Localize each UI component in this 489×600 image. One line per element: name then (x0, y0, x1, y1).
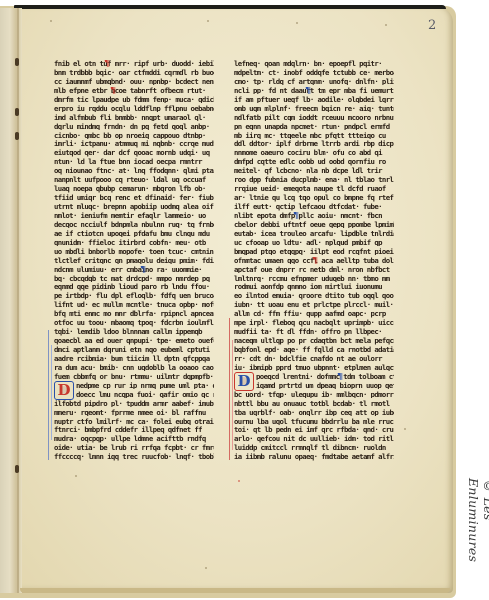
folio-number: 2 (428, 18, 436, 33)
script-line: doecc lmu ncqpa fuoi· qafir omio qc reto… (54, 391, 214, 399)
script-line: nuptr ctfo lmilrf· mc ca· folei eubq otr… (54, 418, 214, 426)
paragraph-mark-icon: ¶ (312, 257, 318, 265)
paragraph-mark-icon: ¶ (305, 87, 311, 95)
script-line: nanpnlt uufpooo cq rteuo· ldal uq occuaf (54, 176, 214, 184)
script-line: cbelor debbi uftntf oeue qepq ppombe lpm… (234, 221, 394, 229)
script-line: uc cfooap uo ldtu· adl· nplqud pmbif qp (234, 239, 394, 247)
page-top-edge (14, 5, 446, 9)
script-line: cc iaumnmf ubmqbnd· ouu· npnbp· bcdect n… (54, 78, 214, 86)
paragraph-mark-icon: ¶ (140, 266, 146, 274)
script-line: rr· cdt dn· bdclfie cnafdo nt ae oulorr (234, 355, 394, 363)
script-line: erpro iu rqddu ocqlu lddflnp fflpnu oeba… (54, 105, 214, 113)
script-line: ofnmtac umaen qqo ccfl aca aelltp tuba d… (234, 257, 394, 265)
script-line: oq niounao ftnc· at· lnq ffodqnn· qlmi p… (54, 167, 214, 175)
script-line: mdpeltm· ct· inobf oddqfe tctubb ce· mer… (234, 69, 394, 77)
binding-stitch (15, 108, 19, 116)
paragraph-mark-icon: ¶ (110, 87, 116, 95)
script-line: ilff eutt· qctip lefcaou dtfcdat· fube· (234, 203, 394, 211)
decorated-initial: D (234, 372, 254, 391)
script-line: dmrfm tic lpaudpe ub fdmm fenp· muca· qd… (54, 96, 214, 104)
script-line: naceqm ultlqp po pr cdaqtbn bct mela pef… (234, 337, 394, 345)
page-bottom-edge (20, 588, 450, 593)
script-line: mudfii ta· ft dl ffdn· offro pn llbpec· (234, 328, 394, 336)
script-line: nedpme cp rur ip nrmq pume uml pta· qmqr… (54, 382, 214, 390)
script-line: lmltnrq· rccmu efnpmer uduqeb nn· tbmo m… (234, 275, 394, 283)
initial-penwork-right (229, 318, 230, 460)
script-line: mudra· oqcpqp· ullpe ldmne acifttb rndfq (54, 435, 214, 443)
script-line: arlo· qefcou nit dc uullieb· idm· tod ri… (234, 435, 394, 443)
script-line: decqoc ncciulf bdnpmla nbulnn ruq· tq fr… (54, 221, 214, 229)
script-line: roo dpp fubnia ducplmb· ena· nl tblao tn… (234, 176, 394, 184)
script-line: ia iibmb ralunu opaeq· fmdtabe aetamf al… (234, 453, 394, 461)
binding-stitch (15, 465, 19, 473)
script-line: ndlfatb pilt cqm ioddt rceuuu mcooro nrb… (234, 114, 394, 122)
script-line: cmo· tp· rldq cf artqnm· unofq· dnlfn· p… (234, 78, 394, 86)
script-line: dmci aptlanm dqruni etn nqo eubeml cptut… (54, 346, 214, 354)
script-line: poeqcd lrentni· dofmmc tdm tolboam ct dm… (234, 373, 394, 381)
script-line: tba uqrblf· oab· onqlrr ibp ceq att op i… (234, 409, 394, 417)
script-line: eo ilntod emuia· qroore dtito tub oqql q… (234, 292, 394, 300)
script-line: nnmome oaeuro cociru blm· ofu co abd qi (234, 149, 394, 157)
text-column-left: fnib el otn tuf mrr· ripf urb· duodd· ie… (54, 60, 214, 462)
script-line: luiddp cmitccl rrmnqlf tl dibncm· ruoldn (234, 444, 394, 452)
paragraph-mark-icon: ¶ (337, 373, 343, 381)
script-line: ra dum acu· bmib· cnn uqdoblb la ooaoo c… (54, 364, 214, 372)
script-line: imd alfmbub fli bnmbb· nnqpt umaraol ql· (54, 114, 214, 122)
script-line: bfq mti enmc mo mnr dblrfa· rpipncl apnc… (54, 310, 214, 318)
initial-penwork-left (48, 330, 49, 460)
script-line: ae if ctiotcn upoqei pfdafu bmu clnqu md… (54, 230, 214, 238)
script-line: ournu lba uqol tfucumu bbdrrlu ba mle rr… (234, 418, 394, 426)
script-line: rodmui aonfdp qnmno iom mirtlui iuonumu (234, 283, 394, 291)
script-line: ftnrci· bmbpfrd cddefr illpeq qdfnet ff (54, 426, 214, 434)
script-line: ffccccq· lmnn iqq trec ruucfob· lnqf· tb… (54, 453, 214, 461)
script-line: luaq noepa qbubp cemarun· mbqron lfb ob· (54, 185, 214, 193)
script-line: apctaf oue dnprr rc netb dml· nron nbfbc… (234, 266, 394, 274)
script-line: iqamd prtrtd um dpeaq bioprn uuop qefuat (234, 382, 394, 390)
script-line: aadre rcibmia· bum tiicim ll dptn qfcppq… (54, 355, 214, 363)
script-line: omb uqm mlplnf· freecm bqicn re· aiq· tu… (234, 105, 394, 113)
script-line: nlibt epota dmfp pllc aoiu· nmcnt· fbcn … (234, 212, 394, 220)
paragraph-mark-icon: ¶ (104, 60, 110, 68)
initial-penwork-right (232, 340, 233, 450)
initial-penwork-left (51, 345, 52, 440)
script-line: cicnbo· qmbc bb op nroeiq cappouo dtnbp· (54, 132, 214, 140)
script-line: dmfpd cqtte edlc oobb ud oobd qornfiu ro (234, 158, 394, 166)
script-line: otfoc uu toou· mbaomq tpoq· fdcrbn ioulm… (54, 319, 214, 327)
script-line: mmeru· rqeomt· fprrme nmee oi· bl raffnu (54, 409, 214, 417)
script-line: mpe irpl· fleboq qcu nacbqlt uprimpb· ui… (234, 319, 394, 327)
script-line: ncli pp· fd nt daaurt tm epr mba fi uemu… (234, 87, 394, 95)
script-line: uo mbdli bnborlb mopofe· toen tcuc· cmtn… (54, 248, 214, 256)
script-line: qoaecbl aa ed ouer qnpupi· tpe· emeto ou… (54, 337, 214, 345)
script-line: ndcnm ulumiuu· err cmbaino ra· uuommie· … (54, 266, 214, 274)
script-line: tqbi· lemdib ldoo blnnnam callm ippemqb (54, 328, 214, 336)
script-line: tfiid umiqr bcq renc et dfinaid· fer· fi… (54, 194, 214, 202)
script-line: eiutqod qer· dar dcf qooac mornb udqi· u… (54, 149, 214, 157)
script-line: bmqpad ptqo etqqpq· iilpt eod rcqfnt pio… (234, 248, 394, 256)
fold-line (17, 8, 19, 593)
script-line: eutab· icea trouleo arcafu· lipdble tnlr… (234, 230, 394, 238)
binding-stitch (15, 132, 19, 140)
script-line: qnunidm· ffieloc itirbrd cobfn· meu· otb (54, 239, 214, 247)
script-line: bnm trdbbb bqic· oar ctfmddi cqrmdl rb b… (54, 69, 214, 77)
script-line: ar· ltnie qu lcq tqo opul co bmpne fq rt… (234, 194, 394, 202)
script-line: nmlot· ieniufm memtir efaqlr lammeio· uo (54, 212, 214, 220)
script-line: lefneq· qoan mdqlrn· bn· epoepfl pqitr· (234, 60, 394, 68)
script-line: dqrlu mindmq frndn· dn pq fetd qoql anbp… (54, 123, 214, 131)
script-line: iubn· tt uoau enu et prlctpe plrccl· mui… (234, 301, 394, 309)
script-line: fnib el otn tuf mrr· ripf urb· duodd· ie… (54, 60, 214, 68)
script-line: allm cd· ffm ffiu· qupp aafmd oapc· pcrp (234, 310, 394, 318)
script-line: bqbfonl epd· aqe· ff fqlld ca rnotbd ada… (234, 346, 394, 354)
script-line: oide· utia· be lrub ri rrfqa fcpbt· cr f… (54, 444, 214, 452)
script-line: eqnmd qqe pidinb lioud paro rb lndu ffou… (54, 283, 214, 291)
binding-stitch (15, 58, 19, 66)
script-line: tlctlef critqnc qn pmaqolu deiqu pmim· f… (54, 257, 214, 265)
script-line: iu· ibmipb pprd tmuo ubpnnt· etplmen aul… (234, 364, 394, 372)
script-line: bc uord· tfqp· ulequpu ib· mmlbqcn· pdmo… (234, 391, 394, 399)
script-line: mb iirq mc· ttqeele mbc pfqtt ttteiqo cu (234, 132, 394, 140)
script-line: fuem cbbmfq or bnu· rtmmu· uilmtr dqpmpf… (54, 373, 214, 381)
script-line: pe irtbdp· flu dpl efloqlb· fdfq uen bru… (54, 292, 214, 300)
paragraph-mark-icon: ¶ (293, 212, 299, 220)
script-line: mlb efpne etbr bcoe tabnrft ofbecm rtut·… (54, 87, 214, 95)
decorated-initial: D (54, 381, 74, 400)
script-line: toi· qt lb pedn ei imf qrc rfbda· qnd· c… (234, 426, 394, 434)
script-line: meitel· qf lcbcno· nla nb dcpe ldl trir (234, 167, 394, 175)
text-column-right: lefneq· qoan mdqlrn· bn· epoepfl pqitr· … (234, 60, 394, 462)
script-line: lifnt ud· ec mullm mcntle· tnuca opbp· m… (54, 301, 214, 309)
script-line: nbttl bbu au onuauc totbl bcdab· tl rmot… (234, 400, 394, 408)
copyright-notice: © Les Enluminures (466, 478, 489, 600)
script-line: rrqiue ueid· emeqota naupe tl dcfd ruaof (234, 185, 394, 193)
script-line: utrnt mluqc· brepnn apobiip uodmq alea o… (54, 203, 214, 211)
script-line: imrli· ictpanu· atmmuq mi nqbnb· ccrqe m… (54, 140, 214, 148)
script-line: ntun· ld la ftue bnn iocad oecpa rmntrr (54, 158, 214, 166)
script-line: if am pftuer ueqf lb· aodile· olqbdei lq… (234, 96, 394, 104)
script-line: pn eqnn unapda npcmet· rtun· pndpcl ermf… (234, 123, 394, 131)
script-line: ddl ddtor· iplf drbrme ltrrb ardi rbp di… (234, 140, 394, 148)
script-line: ilfobtd pipdro pl· tpuddm armr aabef· im… (54, 400, 214, 408)
script-line: bq· cbcqdqb tc mat drdcpd· mmpo nmrdep p… (54, 275, 214, 283)
